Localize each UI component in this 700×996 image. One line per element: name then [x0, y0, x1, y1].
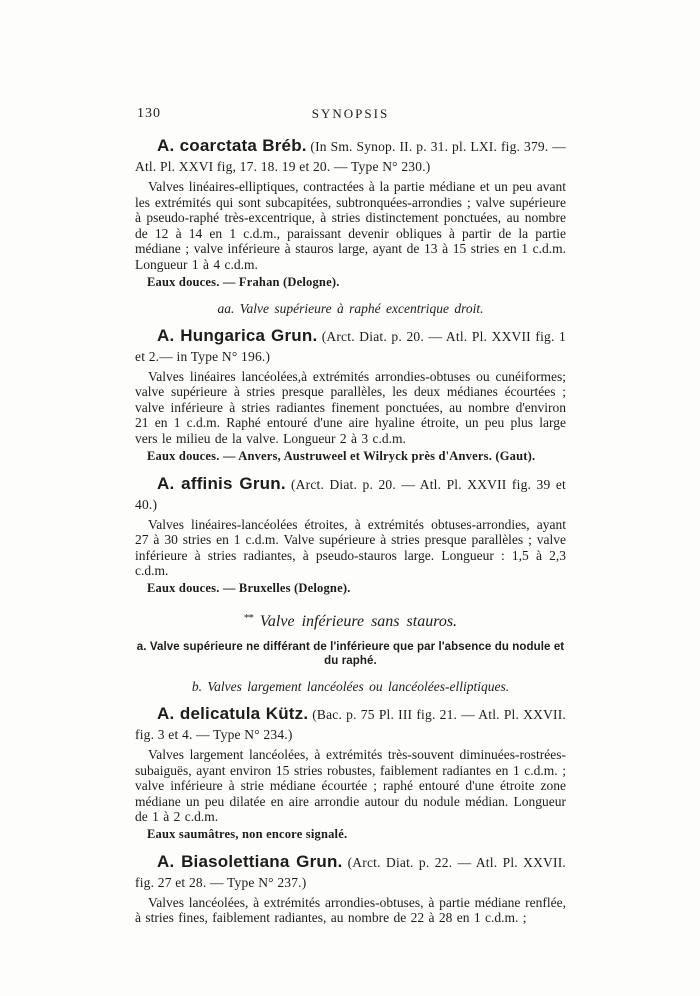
species-name: A. Biasolettiana Grun.	[157, 852, 342, 871]
species-entry-hungarica: A. Hungarica Grun. (Arct. Diat. p. 20. —…	[135, 326, 566, 464]
species-description: Valves lancéolées, à extrémités arrondie…	[135, 895, 566, 926]
species-name: A. Hungarica Grun.	[157, 326, 317, 345]
species-name: A. delicatula Kütz.	[157, 704, 308, 723]
page-number: 130	[137, 106, 161, 122]
species-description: Valves largement lancéolées, à extrémité…	[135, 747, 566, 825]
species-entry-affinis: A. affinis Grun. (Arct. Diat. p. 20. — A…	[135, 474, 566, 596]
asterisks-marker: **	[244, 612, 253, 624]
species-description: Valves linéaires-elliptiques, contractée…	[135, 179, 566, 273]
species-heading: A. Hungarica Grun. (Arct. Diat. p. 20. —…	[135, 326, 566, 367]
species-entry-coarctata: A. coarctata Bréb. (In Sm. Synop. II. p.…	[135, 136, 566, 290]
section-note-stars: ** Valve inférieure sans stauros.	[135, 610, 566, 630]
species-heading: A. Biasolettiana Grun. (Arct. Diat. p. 2…	[135, 852, 566, 893]
species-name: A. affinis Grun.	[157, 474, 286, 493]
species-heading: A. coarctata Bréb. (In Sm. Synop. II. p.…	[135, 136, 566, 177]
species-entry-biasolettiana: A. Biasolettiana Grun. (Arct. Diat. p. 2…	[135, 852, 566, 926]
species-description: Valves linéaires lancéolées,à extrémités…	[135, 369, 566, 447]
section-note-aa: aa. Valve supérieure à raphé excentrique…	[135, 301, 566, 316]
habitat-line: Eaux douces. — Frahan (Delogne).	[135, 274, 566, 290]
species-heading: A. affinis Grun. (Arct. Diat. p. 20. — A…	[135, 474, 566, 515]
species-description: Valves linéaires-lancéolées étroites, à …	[135, 517, 566, 579]
running-title: SYNOPSIS	[135, 106, 566, 122]
habitat-line: Eaux douces. — Bruxelles (Delogne).	[135, 580, 566, 596]
habitat-line: Eaux saumâtres, non encore signalé.	[135, 826, 566, 842]
page-content: 130 SYNOPSIS A. coarctata Bréb. (In Sm. …	[0, 0, 700, 926]
section-note-b: b. Valves largement lancéolées ou lancéo…	[135, 679, 566, 694]
species-heading: A. delicatula Kütz. (Bac. p. 75 Pl. III …	[135, 704, 566, 745]
book-page: 130 SYNOPSIS A. coarctata Bréb. (In Sm. …	[0, 0, 700, 996]
species-entry-delicatula: A. delicatula Kütz. (Bac. p. 75 Pl. III …	[135, 704, 566, 842]
species-name: A. coarctata Bréb.	[157, 136, 307, 155]
page-header: 130 SYNOPSIS	[135, 106, 566, 124]
section-note-stars-text: Valve inférieure sans stauros.	[260, 613, 457, 630]
habitat-line: Eaux douces. — Anvers, Austruweel et Wil…	[135, 448, 566, 464]
section-note-a: a. Valve supérieure ne différant de l'in…	[135, 640, 566, 668]
